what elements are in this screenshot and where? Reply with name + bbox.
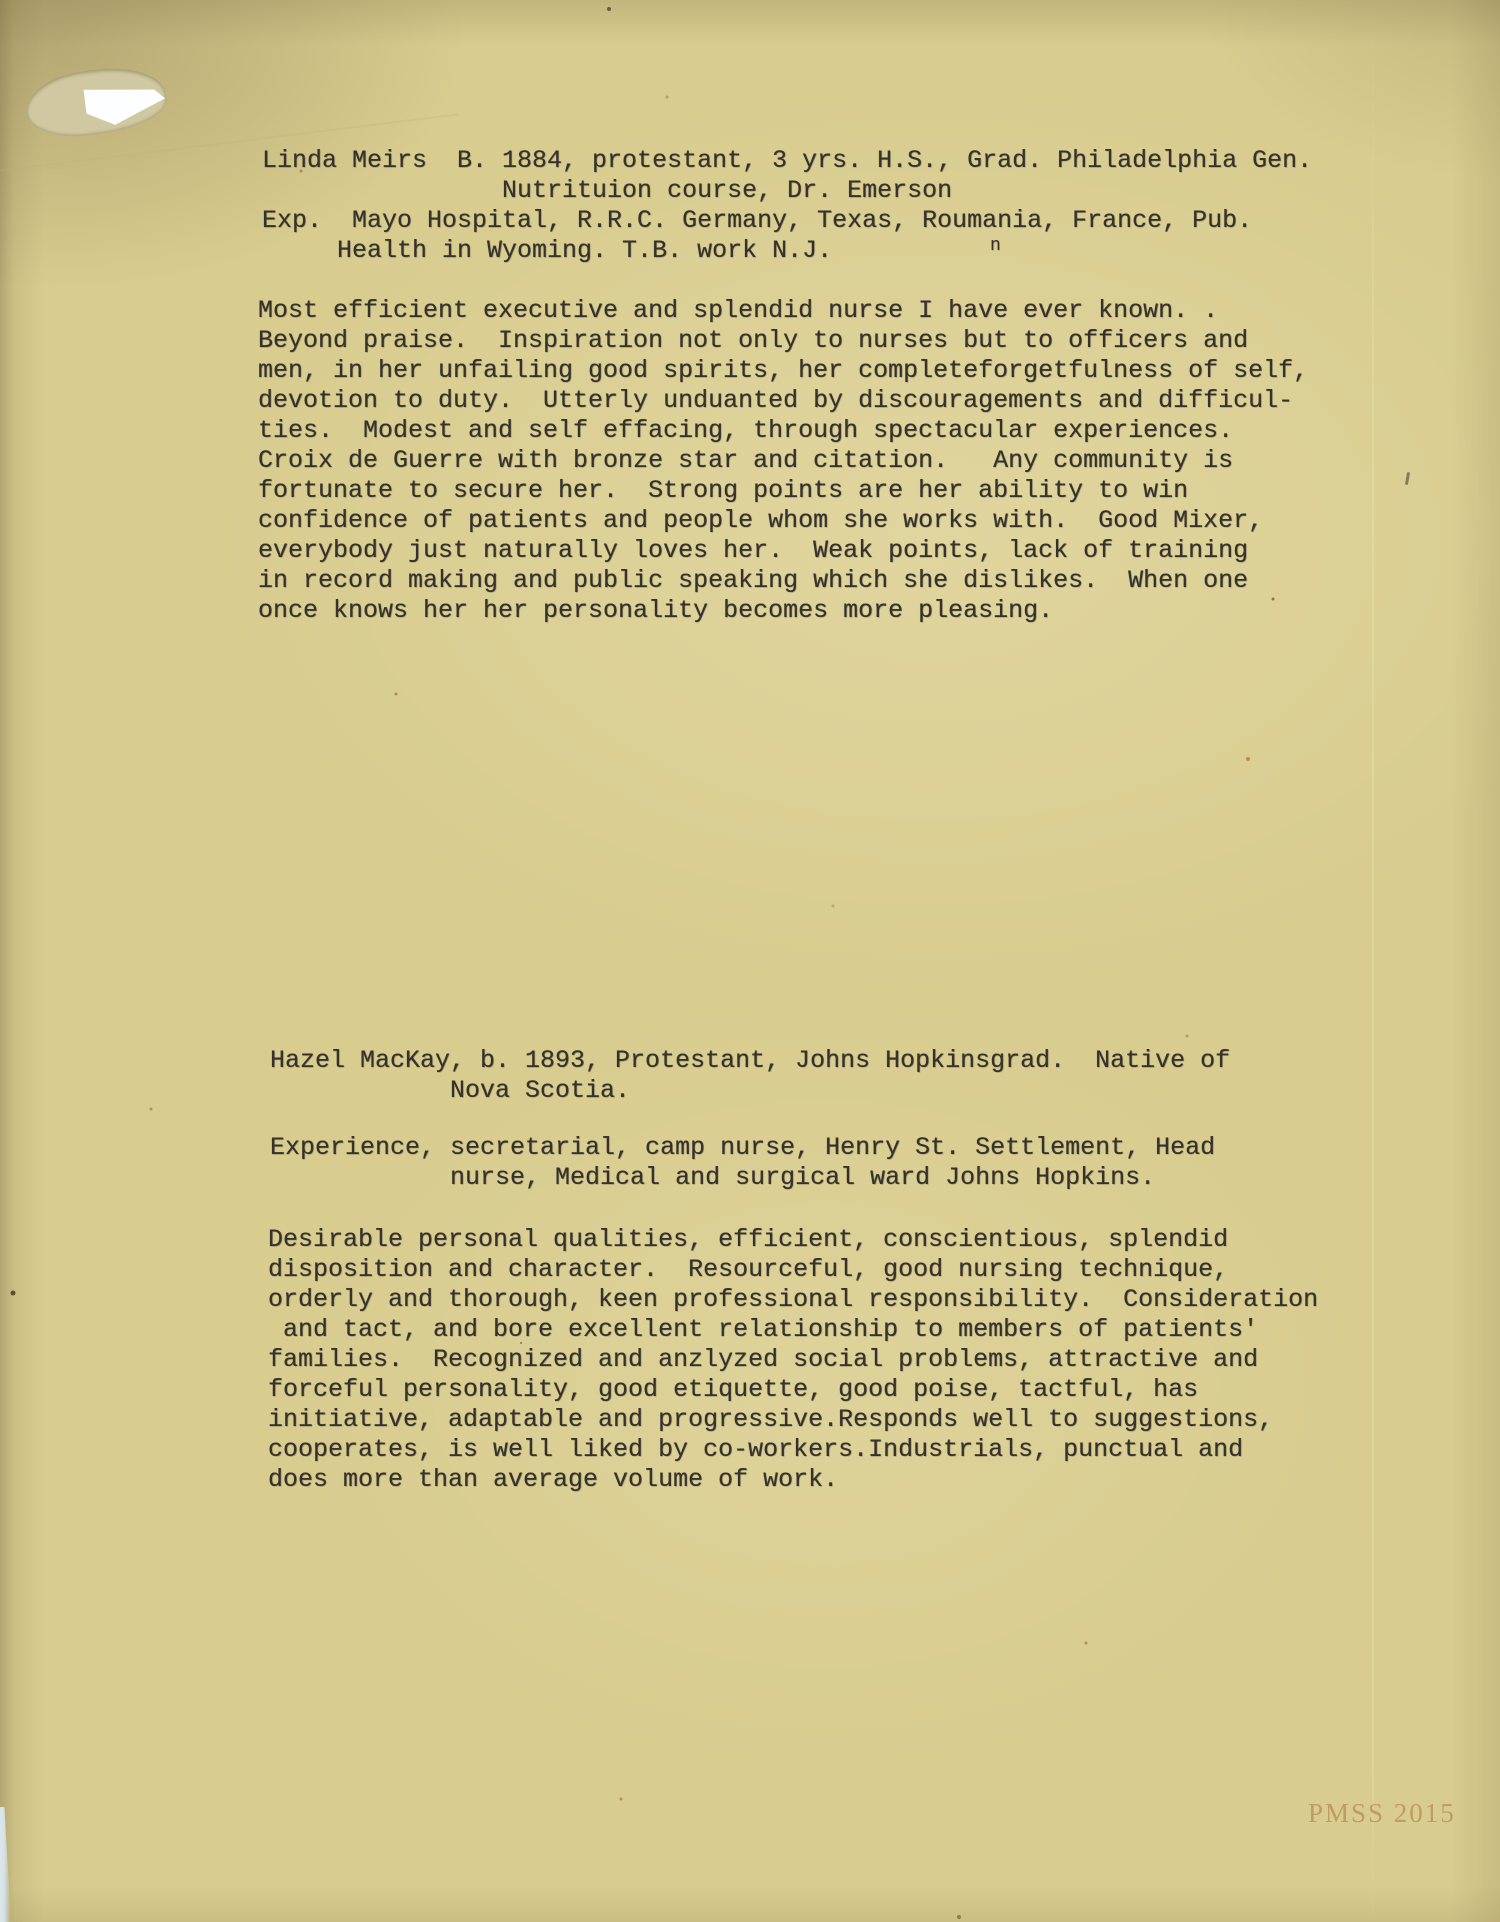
record-hazel-mackay-experience: Experience, secretarial, camp nurse, Hen…: [270, 1133, 1215, 1193]
paper-specks: [0, 0, 2, 2]
watermark-pmss-2015: PMSS 2015: [1308, 1798, 1456, 1829]
stray-ink-mark: [1405, 472, 1410, 485]
paper-tear: [23, 62, 170, 143]
record-linda-meirs-header: Linda Meirs B. 1884, protestant, 3 yrs. …: [262, 146, 1312, 266]
typed-correction-n: n: [990, 236, 1001, 256]
record-hazel-mackay-header: Hazel MacKay, b. 1893, Protestant, Johns…: [270, 1046, 1230, 1106]
scan-edge-left: [0, 1807, 11, 1922]
scanned-document: Linda Meirs B. 1884, protestant, 3 yrs. …: [0, 0, 1500, 1922]
fold-crease-line: [1372, 0, 1374, 1922]
record-linda-meirs-evaluation: Most efficient executive and splendid nu…: [258, 296, 1308, 626]
record-hazel-mackay-evaluation: Desirable personal qualities, efficient,…: [268, 1225, 1318, 1495]
paper-tear-white-chip: [83, 73, 168, 128]
